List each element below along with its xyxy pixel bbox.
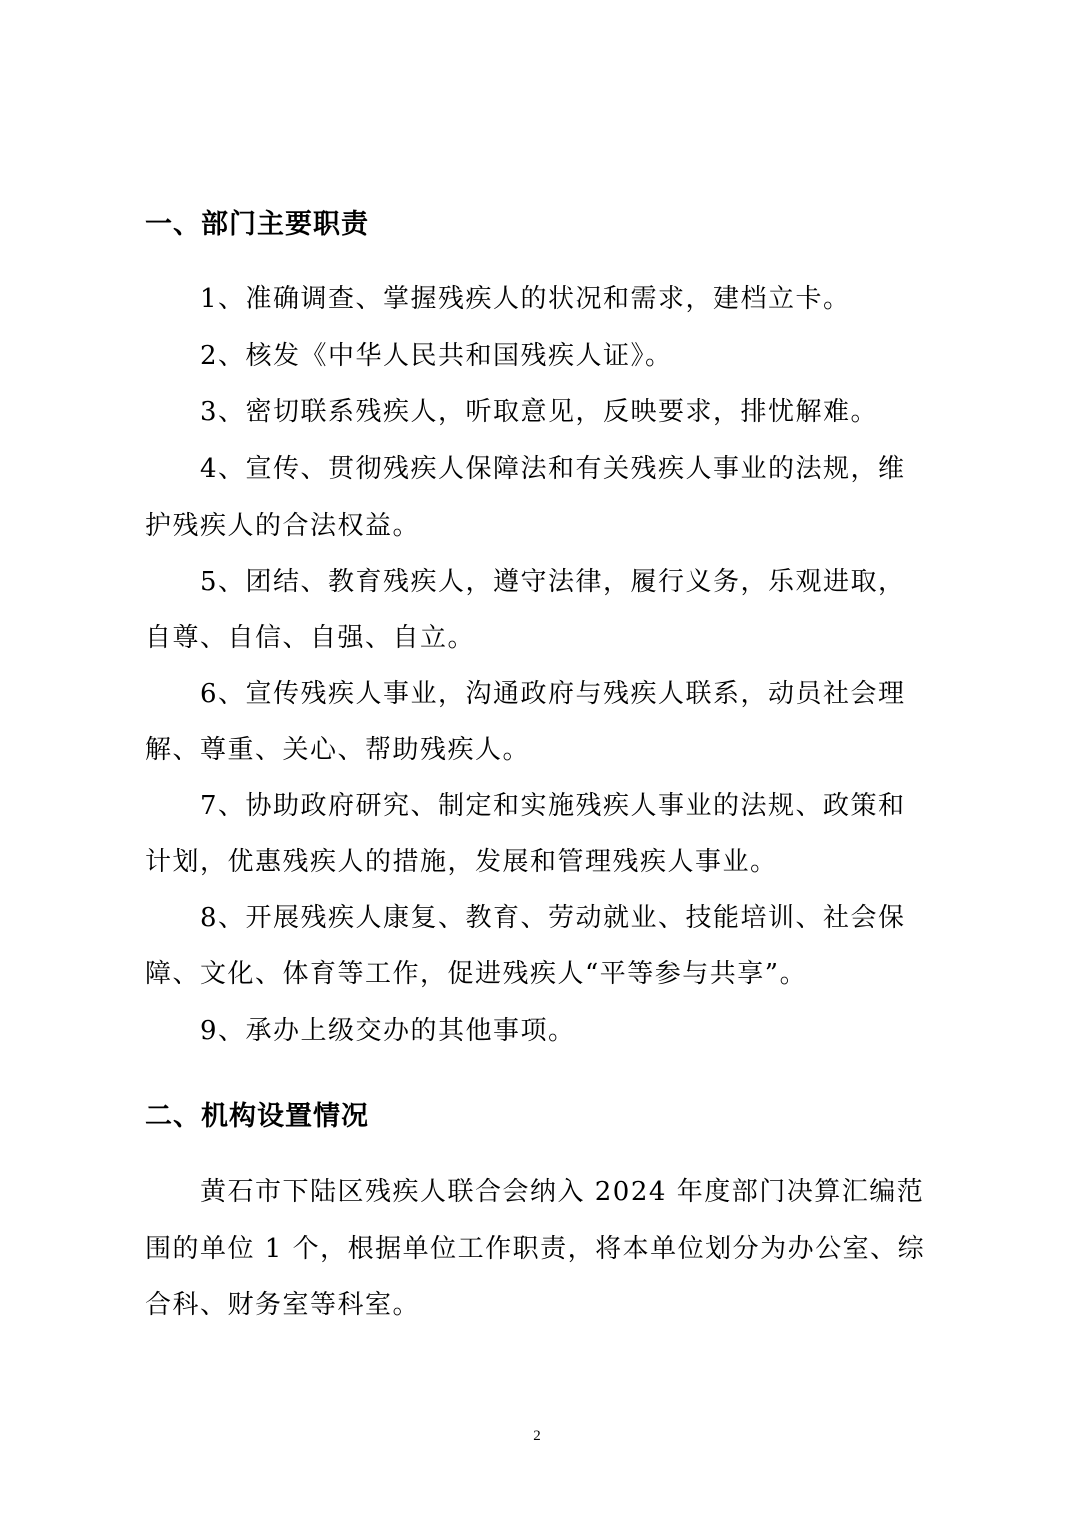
duty-item-3: 3、密切联系残疾人，听取意见，反映要求，排忧解难。 [200, 396, 1000, 428]
org-paragraph-line-1: 黄石市下陆区残疾人联合会纳入 2024 年度部门决算汇编范 [200, 1176, 1000, 1208]
section-heading-organization: 二、机构设置情况 [145, 1094, 369, 1133]
duty-item-5: 5、团结、教育残疾人，遵守法律，履行义务，乐观进取， [200, 566, 1000, 598]
duty-item-7-cont: 计划，优惠残疾人的措施，发展和管理残疾人事业。 [145, 846, 945, 878]
section-heading-duties: 一、部门主要职责 [145, 202, 369, 241]
duty-item-6: 6、宣传残疾人事业，沟通政府与残疾人联系，动员社会理 [200, 678, 1000, 710]
org-paragraph-line-3: 合科、财务室等科室。 [145, 1289, 945, 1321]
duty-item-4: 4、宣传、贯彻残疾人保障法和有关残疾人事业的法规，维 [200, 453, 1000, 485]
duty-item-4-cont: 护残疾人的合法权益。 [145, 510, 945, 542]
org-paragraph-line-2: 围的单位 1 个，根据单位工作职责，将本单位划分为办公室、综 [145, 1233, 945, 1265]
duty-item-5-cont: 自尊、自信、自强、自立。 [145, 622, 945, 654]
document-page: 一、部门主要职责 1、准确调查、掌握残疾人的状况和需求，建档立卡。 2、核发《中… [0, 0, 1074, 1520]
duty-item-2: 2、核发《中华人民共和国残疾人证》。 [200, 340, 1000, 372]
duty-item-8-cont: 障、文化、体育等工作，促进残疾人“平等参与共享”。 [145, 958, 945, 990]
duty-item-9: 9、承办上级交办的其他事项。 [200, 1015, 1000, 1047]
duty-item-8: 8、开展残疾人康复、教育、劳动就业、技能培训、社会保 [200, 902, 1000, 934]
duty-item-1: 1、准确调查、掌握残疾人的状况和需求，建档立卡。 [200, 283, 1000, 315]
duty-item-7: 7、协助政府研究、制定和实施残疾人事业的法规、政策和 [200, 790, 1000, 822]
duty-item-6-cont: 解、尊重、关心、帮助残疾人。 [145, 734, 945, 766]
page-number: 2 [0, 1428, 1074, 1445]
